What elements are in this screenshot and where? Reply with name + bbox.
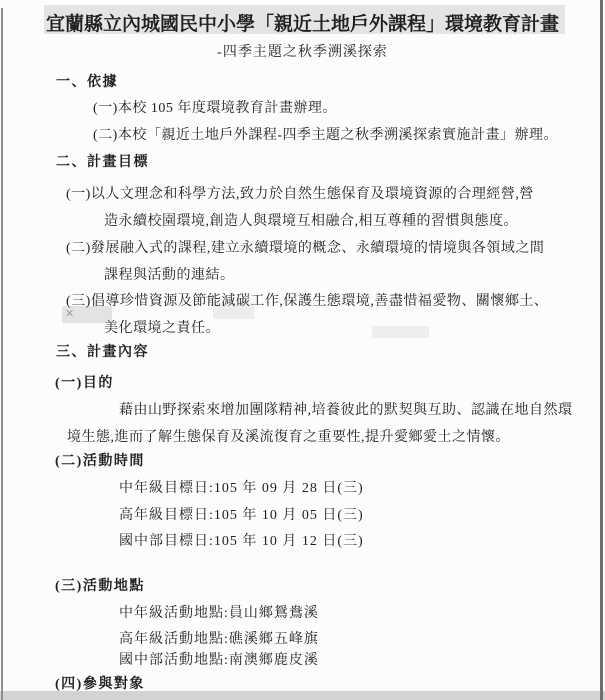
scan-artifact <box>372 326 429 338</box>
time-middle-grade: 中年級目標日:105 年 09 月 28 日(三) <box>119 480 364 497</box>
document-title: 宜蘭縣立內城國民中小學「親近土地戶外課程」環境教育計畫 <box>0 9 605 36</box>
goal-item-1-line-1: (一)以人文理念和科學方法,致力於自然生態保育及環境資源的合理經營,營 <box>66 186 534 203</box>
scan-edge-right <box>600 0 603 700</box>
document-subtitle: -四季主題之秋季溯溪探索 <box>0 41 605 61</box>
time-junior-high: 國中部目標日:105 年 10 月 12 日(三) <box>119 533 364 550</box>
document-page: 宜蘭縣立內城國民中小學「親近土地戶外課程」環境教育計畫 -四季主題之秋季溯溪探索… <box>0 0 605 700</box>
location-middle-grade: 中年級活動地點:員山鄉鴛鴦溪 <box>119 605 319 622</box>
subsection-activity-location: (三)活動地點 <box>55 578 145 595</box>
subsection-activity-time: (二)活動時間 <box>55 453 145 470</box>
section-heading-content: 三、計畫內容 <box>56 344 149 361</box>
basis-item-1: (一)本校 105 年度環境教育計畫辦理。 <box>93 100 337 117</box>
location-junior-high: 國中部活動地點:南澳鄉鹿皮溪 <box>119 652 319 669</box>
scan-edge-bottom <box>0 691 605 700</box>
scan-edge-left <box>1 8 3 700</box>
purpose-paragraph-line-1: 藉由山野探索來增加團隊精神,培養彼此的默契與互助、認識在地自然環 <box>119 402 573 419</box>
section-heading-basis: 一、依據 <box>56 74 118 91</box>
subsection-purpose: (一)目的 <box>55 375 114 392</box>
location-upper-grade: 高年級活動地點:礁溪鄉五峰旗 <box>119 631 319 648</box>
goal-item-3-line-2: 美化環境之責任。 <box>104 320 220 337</box>
goal-item-3-line-1: (三)倡導珍惜資源及節能減碳工作,保護生態環境,善盡惜福愛物、關懷鄉土、 <box>66 293 548 310</box>
goal-item-1-line-2: 造永續校園環境,創造人與環境互相融合,相互尊種的習慣與態度。 <box>104 213 518 230</box>
goal-item-2-line-2: 課程與活動的連結。 <box>104 267 235 284</box>
section-heading-goals: 二、計畫目標 <box>56 154 149 171</box>
time-upper-grade: 高年級目標日:105 年 10 月 05 日(三) <box>119 507 364 524</box>
basis-item-2: (二)本校「親近土地戶外課程-四季主題之秋季溯溪探索實施計畫」辦理。 <box>93 127 558 144</box>
goal-item-2-line-1: (二)發展融入式的課程,建立永續環境的概念、永續環境的情境與各領域之間 <box>66 240 544 257</box>
purpose-paragraph-line-2: 境生態,進而了解生態保育及溪流復育之重要性,提升愛鄉愛土之情懷。 <box>67 429 510 446</box>
